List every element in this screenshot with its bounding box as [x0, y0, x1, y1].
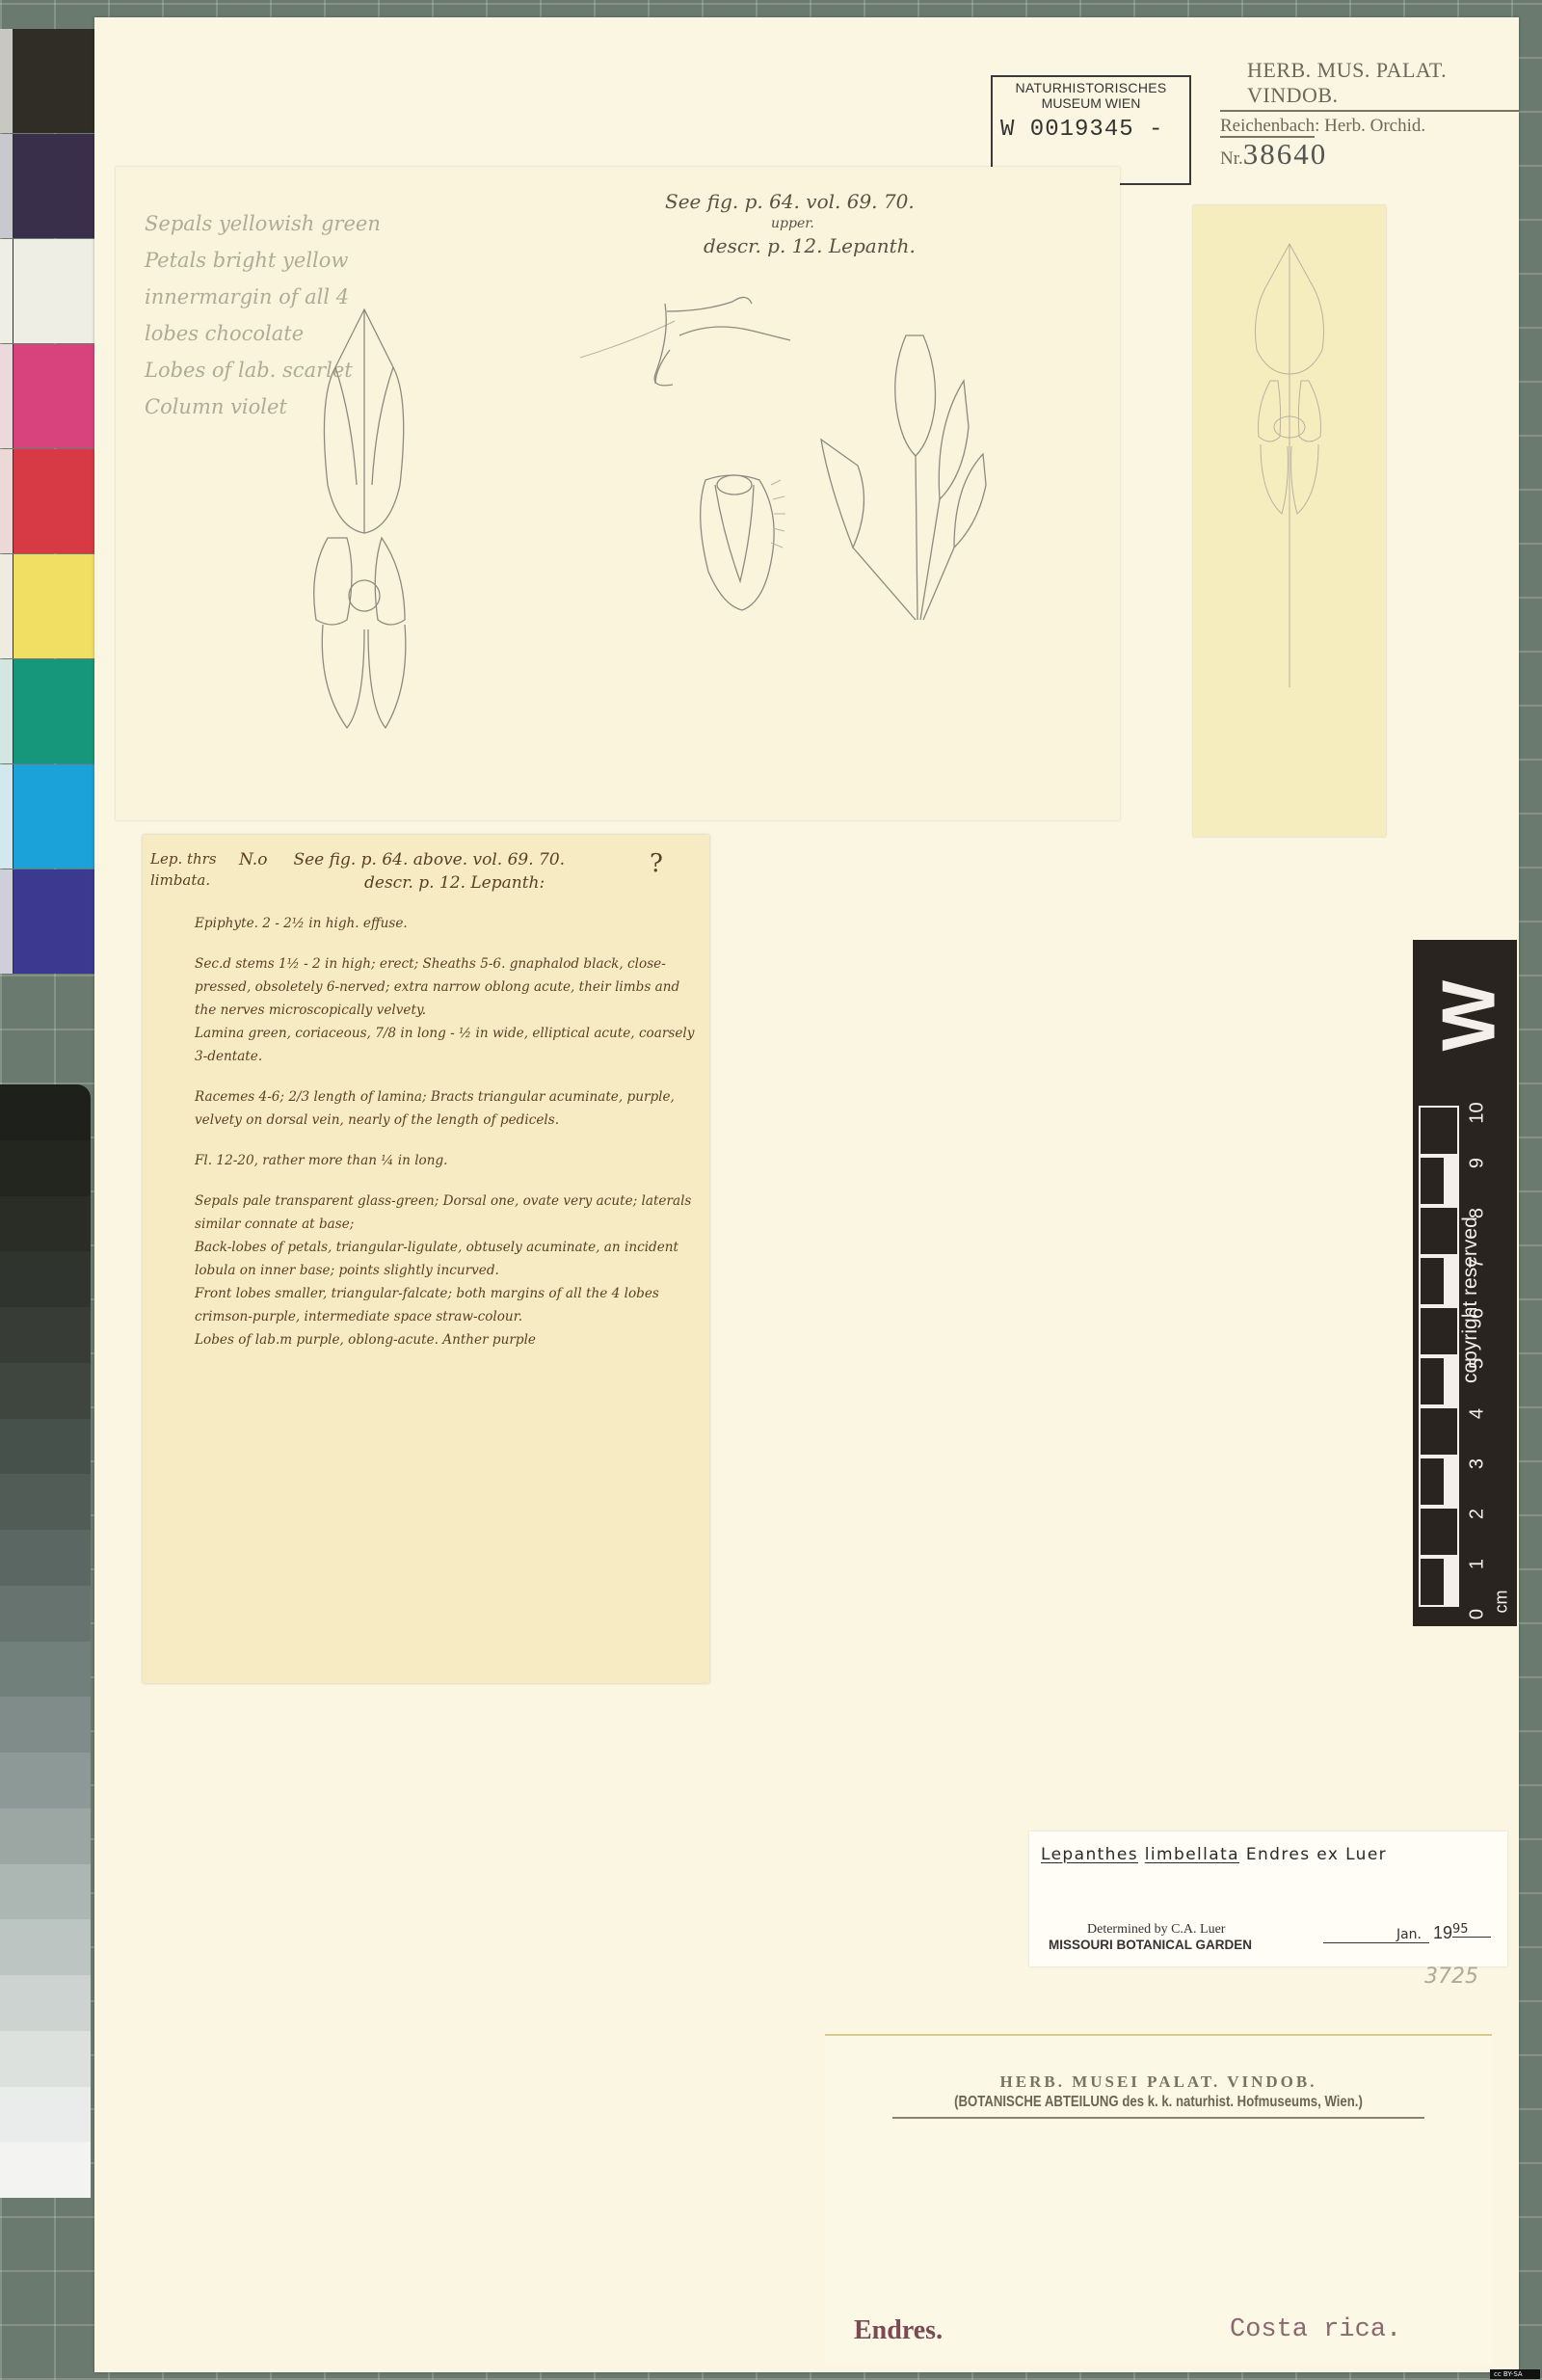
scale-tick-label: 2: [1467, 1500, 1489, 1529]
grayscale-calibration-strip: [0, 1084, 91, 2198]
gray-step: [0, 1642, 91, 1698]
authority: Endres ex Luer: [1246, 1845, 1387, 1864]
herbarium-sheet: NATURHISTORISCHES MUSEUM WIEN W 0019345 …: [94, 17, 1519, 2372]
handwritten-description-sheet: Lep. thrs limbata. N.o See fig. p. 64. a…: [143, 835, 709, 1683]
collector-name: Endres.: [854, 2315, 943, 2346]
orchid-drawings: [116, 167, 1120, 820]
scale-tick-label: 3: [1467, 1450, 1489, 1479]
gray-step: [0, 1363, 91, 1419]
scale-ticks: [1419, 1106, 1459, 1607]
plant-habit-drawing-icon: [821, 335, 986, 620]
side-note-line: Lep. thrs: [150, 848, 217, 869]
museum-label-subtitle: (BOTANISCHE ABTEILUNG des k. k. naturhis…: [875, 2094, 1442, 2111]
color-swatch-blue: [0, 869, 96, 974]
determination-date: Jan. 1995: [1323, 1922, 1497, 1943]
species-side-note: Lep. thrs limbata.: [150, 848, 217, 891]
scale-tick: [1419, 1507, 1459, 1557]
date-year-prefix: 19: [1433, 1923, 1452, 1942]
gray-step: [0, 1530, 91, 1586]
description-paragraph: Back-lobes of petals, triangular-ligulat…: [195, 1236, 696, 1282]
taxon-name: Lepanthes limbellata Endres ex Luer: [1041, 1845, 1387, 1864]
divider: [892, 2117, 1424, 2119]
species: limbellata: [1145, 1845, 1239, 1864]
date-year-suffix: 95: [1452, 1922, 1491, 1938]
color-swatch-green: [0, 659, 96, 763]
barcode-number: W 0019345 -: [1000, 117, 1189, 143]
color-swatch-dark-violet: [0, 134, 96, 238]
color-swatch-yellow: [0, 554, 96, 658]
collection-country: Costa rica.: [1230, 2315, 1401, 2344]
query-mark: ?: [650, 852, 663, 875]
stamp-museum-line2: MUSEUM WIEN: [993, 95, 1189, 111]
gray-step: [0, 1864, 91, 1920]
description-paragraph: Epiphyte. 2 - 2½ in high. effuse.: [195, 912, 696, 935]
gray-step: [0, 1586, 91, 1642]
header-line-2: descr. p. 12. Lepanth:: [239, 873, 545, 893]
museum-collection-label: HERB. MUSEI PALAT. VINDOB. (BOTANISCHE A…: [825, 2034, 1492, 2365]
scale-labels: 012345678910: [1463, 1094, 1492, 1615]
scale-tick-label: 4: [1467, 1400, 1489, 1429]
scale-tick-label: 8: [1467, 1199, 1489, 1228]
description-paragraph: Lobes of lab.m purple, oblong-acute. Ant…: [195, 1328, 696, 1351]
pencil-drawing-sheet: Sepals yellowish green Petals bright yel…: [116, 167, 1120, 820]
description-paragraph: Sepals pale transparent glass-green; Dor…: [195, 1190, 696, 1236]
gray-step: [0, 1084, 91, 1140]
gray-step: [0, 1975, 91, 2031]
gray-step: [0, 1474, 91, 1530]
scale-tick: [1419, 1406, 1459, 1457]
flower-tracing-drawing-icon: [1193, 205, 1386, 837]
color-swatch-red: [0, 449, 96, 553]
scale-tick-label: 1: [1467, 1550, 1489, 1579]
scale-tick: [1419, 1356, 1459, 1406]
scale-tick: [1419, 1106, 1459, 1156]
collection-prefix: Reichenbach: [1220, 116, 1315, 138]
gray-step: [0, 1251, 91, 1307]
scale-tick-label: 7: [1467, 1249, 1489, 1278]
description-paragraph: Lamina green, coriaceous, 7/8 in long - …: [195, 1022, 696, 1068]
herbarium-title: HERB. MUS. PALAT. VINDOB.: [1220, 58, 1519, 112]
tracing-paper-sheet: [1193, 205, 1386, 837]
flower-front-drawing-icon: [314, 309, 406, 728]
gray-step: [0, 2087, 91, 2143]
color-swatch-magenta: [0, 344, 96, 448]
museum-label-title: HERB. MUSEI PALAT. VINDOB.: [825, 2072, 1492, 2092]
header-line-1: See fig. p. 64. above. vol. 69. 70.: [293, 850, 565, 869]
flower-side-drawing-icon: [580, 297, 790, 385]
header-number: N.o: [239, 850, 267, 869]
description-body: Epiphyte. 2 - 2½ in high. effuse. Sec.d …: [195, 912, 696, 1351]
scale-tick: [1419, 1457, 1459, 1507]
color-calibration-chart: [0, 29, 96, 1041]
gray-step: [0, 1140, 91, 1196]
description-paragraph: Racemes 4-6; 2/3 length of lamina; Bract…: [195, 1085, 696, 1132]
color-swatch-white: [0, 239, 96, 343]
stamp-museum-line1: NATURHISTORISCHES: [993, 80, 1189, 95]
gray-step: [0, 1752, 91, 1808]
gray-step: [0, 1196, 91, 1252]
scale-tick: [1419, 1557, 1459, 1607]
description-paragraph: Sec.d stems 1½ - 2 in high; erect; Sheat…: [195, 952, 696, 1022]
gray-step: [0, 1307, 91, 1363]
determination-label: Lepanthes limbellata Endres ex Luer Dete…: [1029, 1832, 1507, 1966]
scale-tick-label: 9: [1467, 1149, 1489, 1178]
scale-tick-label: 10: [1467, 1099, 1489, 1128]
gray-step: [0, 1808, 91, 1864]
color-swatch-cyan: [0, 764, 96, 869]
pencil-catalog-number: 3725: [1424, 1965, 1478, 1989]
scale-tick-label: 0: [1467, 1600, 1489, 1629]
gray-step: [0, 2142, 91, 2198]
herbarium-number: 38640: [1243, 137, 1328, 171]
gray-step: [0, 1697, 91, 1752]
scale-tick: [1419, 1306, 1459, 1356]
w-logo-icon: W: [1425, 994, 1513, 1052]
date-month: Jan.: [1323, 1927, 1429, 1943]
scale-bar-ruler: W copyright reserved 012345678910 cm: [1413, 940, 1517, 1626]
description-header: N.o See fig. p. 64. above. vol. 69. 70. …: [239, 848, 682, 895]
determined-by: Determined by C.A. Luer: [1087, 1922, 1225, 1938]
herbarium-number-stamp: HERB. MUS. PALAT. VINDOB. Reichenbach: H…: [1220, 58, 1519, 172]
description-paragraph: Front lobes smaller, triangular-falcate;…: [195, 1282, 696, 1328]
scale-tick-label: 6: [1467, 1299, 1489, 1328]
lip-detail-drawing-icon: [701, 475, 785, 610]
license-badge: cc BY-SA: [1490, 2369, 1540, 2379]
scale-tick: [1419, 1256, 1459, 1306]
scale-tick-label: 5: [1467, 1350, 1489, 1378]
genus: Lepanthes: [1041, 1845, 1138, 1864]
description-paragraph: Fl. 12-20, rather more than ¼ in long.: [195, 1149, 696, 1172]
color-swatch-black: [0, 29, 96, 133]
scale-tick: [1419, 1156, 1459, 1206]
side-note-line: limbata.: [150, 869, 217, 891]
gray-step: [0, 2031, 91, 2087]
herbarium-collection-line: Reichenbach: Herb. Orchid. Nr.38640: [1220, 116, 1519, 172]
institution: MISSOURI BOTANICAL GARDEN: [1049, 1938, 1252, 1952]
gray-step: [0, 1419, 91, 1475]
scale-tick: [1419, 1206, 1459, 1256]
unit-label: cm: [1492, 1591, 1512, 1614]
gray-step: [0, 1919, 91, 1975]
